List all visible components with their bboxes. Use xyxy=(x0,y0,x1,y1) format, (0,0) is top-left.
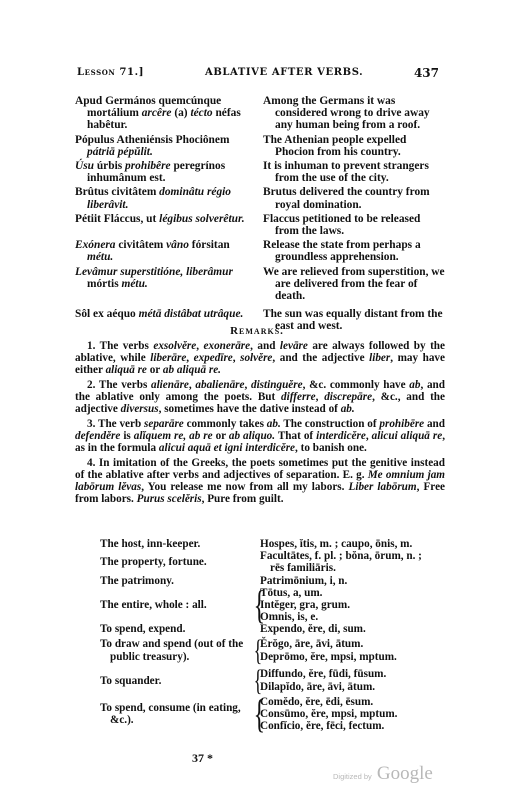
italic-text: liberāre xyxy=(150,352,186,364)
italic-text: métu. xyxy=(121,278,147,290)
latin-form: rēs familiāris. xyxy=(260,562,422,574)
vocab-entry: To squander.{Diffundo, ĕre, fūdi, fūsum.… xyxy=(100,666,450,696)
latin-form: Consūmo, ĕre, mpsi, mptum. xyxy=(260,708,397,720)
italic-text: métā distâbat utrâque. xyxy=(139,308,244,320)
italic-text: Liber labōrum xyxy=(349,481,417,493)
vocab-entry: To spend, consume (in eating, &c.).{Comĕ… xyxy=(100,696,450,733)
vocab-latin: Facultātes, f. pl. ; bŏna, ōrum, n. ;rēs… xyxy=(260,550,450,574)
italic-text: prohibēre xyxy=(379,418,424,430)
text-run: or xyxy=(213,430,229,442)
vocab-entry: The patrimony.Patrimōnium, i, n. xyxy=(100,575,450,587)
italic-text: interdicĕre xyxy=(316,430,366,442)
italic-text: ab. xyxy=(267,418,281,430)
italic-text: ab. xyxy=(341,403,355,415)
latin-form: Confĭcio, ĕre, fēci, fectum. xyxy=(260,720,397,732)
english-translation: Flaccus petitioned to be released from t… xyxy=(263,213,445,237)
vocab-entry: To draw and spend (out of the public tre… xyxy=(100,636,450,666)
latin-sentence: Levâmur superstitióne, liberâmur mórtis … xyxy=(75,266,263,303)
latin-form: Facultātes, f. pl. ; bŏna, ōrum, n. ; xyxy=(260,550,422,562)
latin-sentence: Pópulus Atheniénsis Phociônem pátriā pép… xyxy=(75,134,263,158)
vocab-latin: {Ĕrŏgo, āre, āvi, ātum.Deprōmo, ĕre, mps… xyxy=(260,636,450,666)
signature-mark: 37 * xyxy=(192,751,213,766)
vocab-latin: Hospes, ĭtis, m. ; caupo, ōnis, m. xyxy=(260,538,450,550)
vocab-english: The property, fortune. xyxy=(100,556,260,568)
english-translation: Brutus delivered the country from royal … xyxy=(263,186,445,210)
running-head: Lesson 71.] ABLATIVE AFTER VERBS. 437 xyxy=(77,67,439,81)
text-run: Pétiit Fláccus, ut xyxy=(75,213,159,225)
vocabulary-list: The host, inn-keeper.Hospes, ĭtis, m. ; … xyxy=(100,538,450,732)
italic-text: aliquā re xyxy=(106,364,147,376)
example-pair: Pópulus Atheniénsis Phociônem pátriā pép… xyxy=(75,134,445,158)
remarks-section: 1. The verbs exsolvĕre, exonerāre, and l… xyxy=(75,340,445,508)
text-run: Pópulus Atheniénsis Phociônem xyxy=(75,134,229,146)
vocab-entry: To spend, expend.Expendo, ĕre, di, sum. xyxy=(100,623,450,635)
italic-text: ab xyxy=(409,379,420,391)
vocab-latin: {Diffundo, ĕre, fūdi, fūsum.Dilapĭdo, ār… xyxy=(260,666,450,696)
example-pair: Levâmur superstitióne, liberâmur mórtis … xyxy=(75,266,445,303)
italic-text: solvĕre xyxy=(240,352,272,364)
italic-text: métu. xyxy=(87,251,113,263)
italic-text: ab aliquo. xyxy=(229,430,275,442)
text-run: , and xyxy=(250,340,280,352)
italic-text: arcêre xyxy=(142,107,172,119)
italic-text: técto xyxy=(190,107,212,119)
text-run: , xyxy=(316,391,325,403)
brace-icon: { xyxy=(254,636,259,666)
vocab-english: To draw and spend (out of the public tre… xyxy=(100,638,260,662)
example-pair: Pétiit Fláccus, ut légibus solverêtur.Fl… xyxy=(75,213,445,237)
watermark-digitized-by: Digitized by xyxy=(333,772,372,781)
latin-sentence: Úsu úrbis prohibêre peregrínos inhumânum… xyxy=(75,160,263,184)
text-run: Sôl ex aéquo xyxy=(75,308,139,320)
latin-forms: Tōtus, a, um.Intĕger, gra, grum.Omnis, i… xyxy=(260,587,350,624)
italic-text: defendĕre xyxy=(75,430,120,442)
text-run: 1. The verbs xyxy=(87,340,153,352)
vocab-entry: The host, inn-keeper.Hospes, ĭtis, m. ; … xyxy=(100,538,450,550)
vocab-latin: {Comĕdo, ĕre, ēdi, ēsum.Consūmo, ĕre, mp… xyxy=(260,696,450,733)
latin-sentence: Pétiit Fláccus, ut légibus solverêtur. xyxy=(75,213,263,237)
italic-text: alĭquem re, ab re xyxy=(134,430,213,442)
latin-form: Ĕrŏgo, āre, āvi, ātum. xyxy=(260,638,397,650)
text-run: civitâtem xyxy=(116,239,167,251)
vocab-english: To spend, expend. xyxy=(100,623,260,635)
latin-sentence: Brûtus civitâtem dominâtu régio liberâvi… xyxy=(75,186,263,210)
latin-forms: Hospes, ĭtis, m. ; caupo, ōnis, m. xyxy=(260,538,412,550)
brace-icon: { xyxy=(254,696,259,732)
remark-3: 3. The verb separāre commonly takes ab. … xyxy=(75,418,445,454)
vocab-english: To spend, consume (in eating, &c.). xyxy=(100,702,260,726)
latin-form: Omnis, is, e. xyxy=(260,611,350,623)
italic-text: exonerāre xyxy=(204,340,251,352)
example-pair: Exónera civitâtem vâno fórsitan métu.Rel… xyxy=(75,239,445,263)
italic-text: exsolvĕre xyxy=(153,340,196,352)
remark-2: 2. The verbs alienāre, abalienāre, disti… xyxy=(75,379,445,415)
latin-forms: Facultātes, f. pl. ; bŏna, ōrum, n. ;rēs… xyxy=(260,550,422,574)
italic-text: Exónera xyxy=(75,239,116,251)
italic-text: pátriā pépŭlit. xyxy=(87,146,153,158)
text-run: (a) xyxy=(171,107,190,119)
text-run: , and the adjective xyxy=(272,352,369,364)
vocab-english: The host, inn-keeper. xyxy=(100,538,260,550)
text-run: , xyxy=(186,352,193,364)
latin-form: Patrimōnium, i, n. xyxy=(260,575,347,587)
italic-text: differre xyxy=(281,391,316,403)
latin-form: Diffundo, ĕre, fūdi, fūsum. xyxy=(260,668,386,680)
brace-icon: { xyxy=(254,587,259,623)
latin-sentence: Apud Germános quemcúnque mortálium arcêr… xyxy=(75,95,263,132)
text-run: mórtis xyxy=(87,278,121,290)
vocab-english: To squander. xyxy=(100,675,260,687)
vocab-english: The patrimony. xyxy=(100,575,260,587)
latin-form: Comĕdo, ĕre, ēdi, ēsum. xyxy=(260,696,397,708)
italic-text: vâno xyxy=(166,239,189,251)
text-run: , xyxy=(233,352,240,364)
text-run: commonly takes xyxy=(184,418,267,430)
lesson-label: Lesson 71.] xyxy=(77,67,144,78)
latin-form: Dilapĭdo, āre, āvi, ātum. xyxy=(260,681,386,693)
italic-text: Purus scelĕris xyxy=(137,493,202,505)
italic-text: diversus xyxy=(121,403,159,415)
italic-text: ab aliquā re. xyxy=(163,364,221,376)
remark-1: 1. The verbs exsolvĕre, exonerāre, and l… xyxy=(75,340,445,376)
vocab-latin: Expendo, ĕre, di, sum. xyxy=(260,623,450,635)
italic-text: alicui aquā et igni interdicĕre xyxy=(159,442,295,454)
example-pair: Úsu úrbis prohibêre peregrínos inhumânum… xyxy=(75,160,445,184)
vocab-english: The entire, whole : all. xyxy=(100,599,260,611)
english-translation: Release the state from perhaps a groundl… xyxy=(263,239,445,263)
italic-text: Levâmur superstitióne, liberâmur xyxy=(75,266,233,278)
latin-sentence: Exónera civitâtem vâno fórsitan métu. xyxy=(75,239,263,263)
latin-forms: Comĕdo, ĕre, ēdi, ēsum.Consūmo, ĕre, mps… xyxy=(260,696,397,733)
text-run: , &c. commonly have xyxy=(303,379,410,391)
text-run: fórsitan xyxy=(189,239,230,251)
chapter-title: ABLATIVE AFTER VERBS. xyxy=(205,67,363,78)
italic-text: discrepāre xyxy=(324,391,372,403)
text-run: and xyxy=(424,418,445,430)
latin-english-examples: Apud Germános quemcúnque mortálium arcêr… xyxy=(75,95,445,335)
italic-text: expedīre xyxy=(194,352,233,364)
text-run: , sometimes have the dative instead of xyxy=(159,403,341,415)
latin-forms: Patrimōnium, i, n. xyxy=(260,575,347,587)
italic-text: liber xyxy=(369,352,390,364)
text-run: is xyxy=(120,430,133,442)
latin-form: Tōtus, a, um. xyxy=(260,587,350,599)
vocab-latin: Patrimōnium, i, n. xyxy=(260,575,450,587)
text-run: 2. The verbs xyxy=(87,379,151,391)
italic-text: abalienāre xyxy=(195,379,244,391)
italic-text: levāre xyxy=(280,340,308,352)
latin-forms: Expendo, ĕre, di, sum. xyxy=(260,623,366,635)
vocab-latin: {Tōtus, a, um.Intĕger, gra, grum.Omnis, … xyxy=(260,587,450,624)
google-logo: Google xyxy=(377,763,433,784)
italic-text: Úsu xyxy=(75,160,94,172)
italic-text: légibus solverêtur. xyxy=(159,213,244,225)
text-run: Brûtus civitâtem xyxy=(75,186,159,198)
italic-text: distinguĕre xyxy=(251,379,303,391)
page-number: 437 xyxy=(414,66,439,80)
book-page: Lesson 71.] ABLATIVE AFTER VERBS. 437 Ap… xyxy=(0,0,514,801)
latin-forms: Diffundo, ĕre, fūdi, fūsum.Dilapĭdo, āre… xyxy=(260,668,386,692)
text-run: úrbis xyxy=(94,160,125,172)
latin-form: Expendo, ĕre, di, sum. xyxy=(260,623,366,635)
italic-text: separāre xyxy=(144,418,184,430)
remarks-heading: Remarks. xyxy=(0,325,514,337)
text-run: The construction of xyxy=(281,418,380,430)
italic-text: prohibêre xyxy=(125,160,171,172)
latin-form: Intĕger, gra, grum. xyxy=(260,599,350,611)
latin-forms: Ĕrŏgo, āre, āvi, ātum.Deprōmo, ĕre, mpsi… xyxy=(260,638,397,662)
vocab-entry: The entire, whole : all.{Tōtus, a, um.In… xyxy=(100,587,450,624)
text-run: , to banish one. xyxy=(295,442,367,454)
english-translation: Among the Germans it was considered wron… xyxy=(263,95,445,132)
example-pair: Brûtus civitâtem dominâtu régio liberâvi… xyxy=(75,186,445,210)
english-translation: The Athenian people expelled Phocion fro… xyxy=(263,134,445,158)
italic-text: alienāre xyxy=(151,379,189,391)
latin-form: Deprōmo, ĕre, mpsi, mptum. xyxy=(260,651,397,663)
remark-4: 4. In imitation of the Greeks, the poets… xyxy=(75,457,445,505)
vocab-entry: The property, fortune.Facultātes, f. pl.… xyxy=(100,550,450,574)
text-run: 3. The verb xyxy=(87,418,144,430)
text-run: That of xyxy=(275,430,316,442)
english-translation: We are relieved from superstition, we ar… xyxy=(263,266,445,303)
example-pair: Apud Germános quemcúnque mortálium arcêr… xyxy=(75,95,445,132)
text-run: , You release me now from all my labors. xyxy=(141,481,348,493)
english-translation: It is inhuman to prevent strangers from … xyxy=(263,160,445,184)
text-run: , Pure from guilt. xyxy=(202,493,284,505)
text-run: , xyxy=(196,340,203,352)
latin-form: Hospes, ĭtis, m. ; caupo, ōnis, m. xyxy=(260,538,412,550)
digitized-watermark: Digitized by Google xyxy=(333,763,433,785)
italic-text: alicui aliquā re xyxy=(372,430,443,442)
text-run: or xyxy=(147,364,163,376)
